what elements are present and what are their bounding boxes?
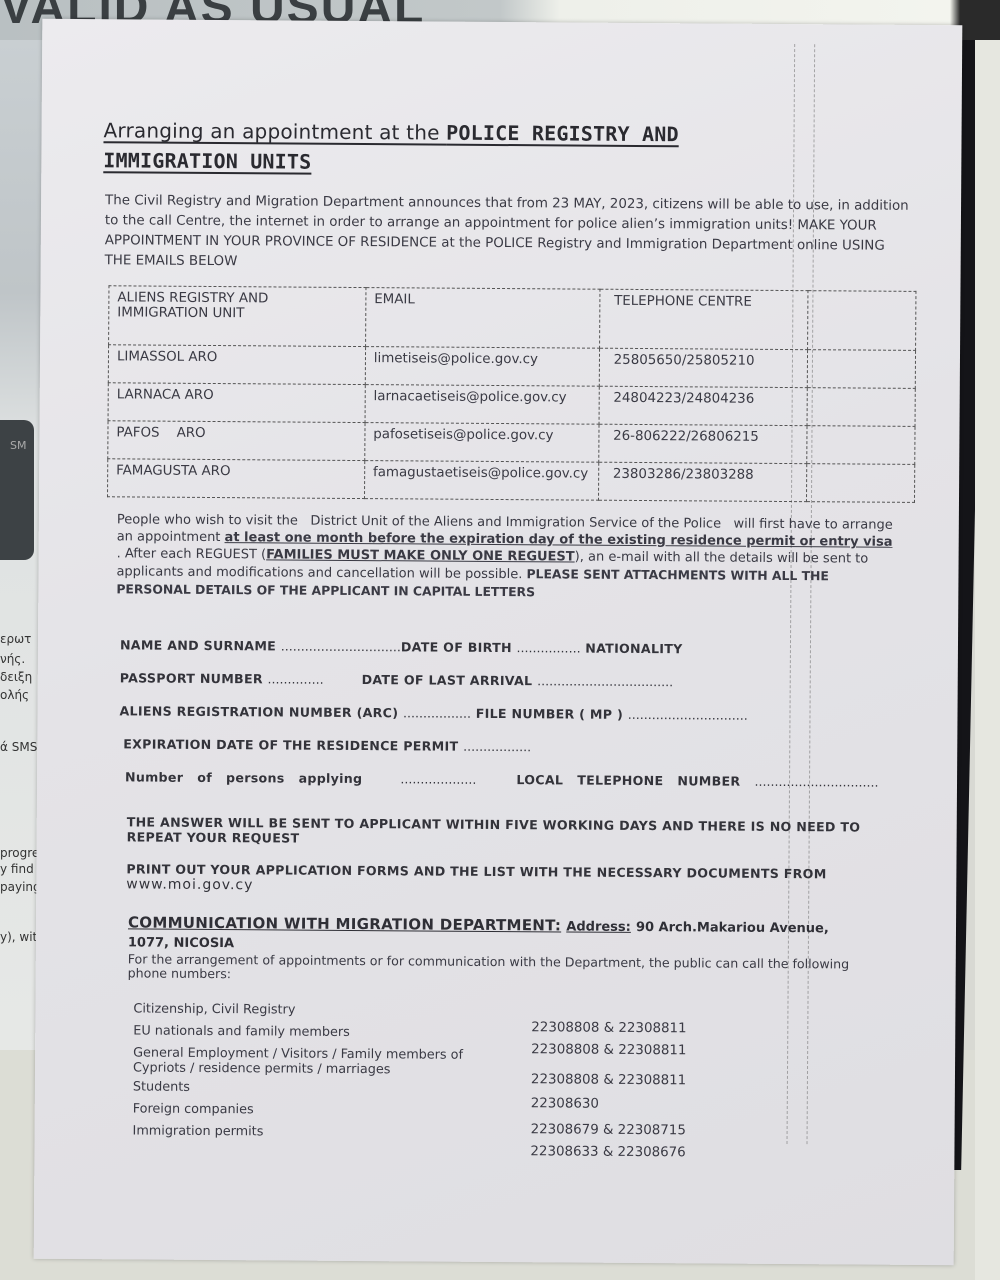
form-line-passport: PASSPORT NUMBER ..............DATE OF LA…: [120, 670, 674, 689]
dob-field[interactable]: ................: [517, 640, 581, 655]
persons-field[interactable]: ...................: [400, 771, 476, 787]
unit-name: LIMASSOL ARO: [108, 345, 365, 385]
background-wall-right: [975, 40, 1000, 1280]
header-blank: [808, 291, 916, 351]
phone-category: General Employment / Visitors / Family m…: [133, 1045, 493, 1078]
moi-link[interactable]: www.moi.gov.cy: [126, 876, 253, 893]
unit-email[interactable]: larnacaetiseis@police.gov.cy: [365, 385, 599, 425]
phone-number: 22308808 & 22308811: [531, 1020, 686, 1036]
unit-email[interactable]: famagustaetiseis@police.gov.cy: [364, 461, 598, 501]
phone-category: Students: [133, 1079, 513, 1097]
background-poster-graphic: SM: [0, 420, 34, 560]
form-line-arc: ALIENS REGISTRATION NUMBER (ARC) .......…: [119, 703, 747, 722]
phone-category: Immigration permits: [133, 1123, 513, 1141]
phone-category: Citizenship, Civil Registry: [133, 1001, 513, 1019]
table-row: LARNACA ARO larnacaetiseis@police.gov.cy…: [108, 383, 915, 427]
units-table: ALIENS REGISTRY AND IMMIGRATION UNIT EMA…: [107, 285, 916, 503]
phone-number: 22308808 & 22308811: [531, 1042, 686, 1058]
notice-paper: Arranging an appointment at the POLICE R…: [34, 19, 963, 1265]
expiration-field[interactable]: .................: [463, 739, 531, 754]
table-row: PAFOS ARO pafosetiseis@police.gov.cy 26-…: [108, 421, 915, 465]
arc-field[interactable]: .................: [403, 705, 471, 720]
header-email: EMAIL: [365, 288, 599, 349]
title-lead: Arranging an appointment at the: [103, 118, 446, 144]
form-line-name: NAME AND SURNAME .......................…: [120, 637, 683, 656]
background-snippet: paying: [0, 880, 41, 894]
unit-email[interactable]: pafosetiseis@police.gov.cy: [365, 423, 599, 463]
background-poster-text-1: SM: [10, 438, 26, 454]
arrival-field[interactable]: ..................................: [537, 673, 673, 689]
blank-cell: [807, 388, 915, 427]
print-notice: PRINT OUT YOUR APPLICATION FORMS AND THE…: [126, 861, 866, 897]
file-number-field[interactable]: ..............................: [628, 707, 748, 723]
address-label: Address:: [566, 919, 631, 934]
background-snippet: y find: [0, 862, 34, 876]
phone-category: EU nationals and family members: [133, 1023, 513, 1041]
phone-number: 22308808 & 22308811: [531, 1072, 686, 1088]
header-telephone: TELEPHONE CENTRE: [599, 289, 808, 349]
blank-cell: [807, 426, 915, 465]
communication-section: COMMUNICATION WITH MIGRATION DEPARTMENT:…: [128, 912, 868, 985]
background-snippet: ά SMS: [0, 740, 37, 754]
page-title: Arranging an appointment at the POLICE R…: [103, 115, 803, 180]
unit-phone: 25805650/25805210: [599, 348, 808, 387]
background-snippet: νής.: [0, 652, 25, 666]
families-note: FAMILIES MUST MAKE ONLY ONE REGUEST: [266, 547, 575, 564]
unit-phone: 24804223/24804236: [599, 386, 808, 425]
intro-paragraph: The Civil Registry and Migration Departm…: [105, 191, 916, 277]
passport-field[interactable]: ..............: [268, 671, 324, 686]
background-snippet: ολής: [0, 688, 29, 702]
name-field[interactable]: ..............................: [281, 638, 401, 654]
unit-email[interactable]: limetiseis@police.gov.cy: [365, 347, 599, 387]
answer-notice: THE ANSWER WILL BE SENT TO APPLICANT WIT…: [127, 814, 867, 849]
instructions-paragraph: People who wish to visit the District Un…: [116, 511, 897, 603]
blank-cell: [807, 350, 915, 389]
unit-name: PAFOS ARO: [108, 421, 365, 461]
unit-phone: 26-806222/26806215: [598, 424, 807, 463]
communication-heading: COMMUNICATION WITH MIGRATION DEPARTMENT:: [128, 913, 561, 934]
phone-number: 22308630: [531, 1096, 599, 1111]
form-line-expiration: EXPIRATION DATE OF THE RESIDENCE PERMIT …: [123, 736, 531, 754]
unit-phone: 23803286/23803288: [598, 462, 807, 501]
header-unit: ALIENS REGISTRY AND IMMIGRATION UNIT: [109, 286, 366, 347]
department-phone-list: Citizenship, Civil Registry EU nationals…: [133, 1001, 733, 1005]
unit-name: FAMAGUSTA ARO: [108, 459, 365, 499]
communication-description: For the arrangement of appointments or f…: [128, 952, 868, 985]
background-snippet: ερωτ: [0, 632, 31, 646]
table-row: FAMAGUSTA ARO famagustaetiseis@police.go…: [108, 459, 915, 503]
phone-number: 22308679 & 22308715: [531, 1122, 686, 1138]
phone-number: 22308633 & 22308676: [530, 1144, 685, 1160]
table-row: LIMASSOL ARO limetiseis@police.gov.cy 25…: [108, 345, 915, 389]
phone-category: Foreign companies: [133, 1101, 513, 1119]
background-snippet: δειξη: [0, 670, 32, 684]
blank-cell: [807, 464, 915, 503]
form-line-persons: Number of persons applying..............…: [125, 769, 879, 789]
phone-field[interactable]: ...............................: [754, 774, 878, 790]
unit-name: LARNACA ARO: [108, 383, 365, 423]
table-header-row: ALIENS REGISTRY AND IMMIGRATION UNIT EMA…: [109, 286, 916, 351]
